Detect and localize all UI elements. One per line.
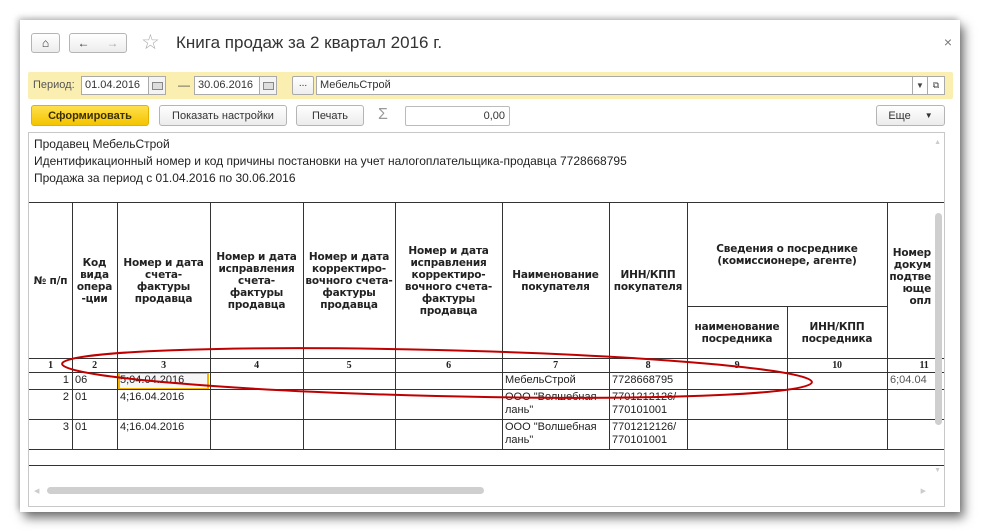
column-header-11: Номер докум подтве юще опл (887, 203, 933, 358)
column-header-1: № п/п (29, 203, 72, 358)
seller-line: Продавец МебельСтрой (34, 137, 170, 151)
column-header-intermediary: Сведения о посреднике (комиссионере, аге… (687, 203, 887, 306)
period-bar: Период: 01.04.2016 — 30.06.2016 ... Мебе… (28, 72, 953, 99)
column-header-6: Номер и дата исправления корректиро-вочн… (395, 203, 502, 358)
scroll-left-icon[interactable]: ◀ (34, 487, 39, 495)
scroll-up-icon[interactable]: ▲ (934, 139, 941, 146)
open-window-icon: ⧉ (933, 80, 939, 90)
show-settings-button[interactable]: Показать настройки (159, 105, 287, 126)
home-icon: ⌂ (42, 36, 49, 50)
inn-line: Идентификационный номер и код причины по… (34, 154, 627, 168)
calendar-icon (263, 82, 274, 90)
column-number-5: 5 (303, 359, 395, 372)
operation-code: 06 (72, 373, 117, 389)
arrow-left-icon: ← (69, 36, 98, 50)
column-header-2: Код вида опера -ции (72, 203, 117, 358)
sum-field: 0,00 (405, 106, 510, 126)
organization-open-button[interactable]: ⧉ (928, 76, 945, 95)
forward-button[interactable]: → (98, 36, 127, 50)
arrow-right-icon: → (98, 36, 127, 50)
date-to-field[interactable]: 30.06.2016 (194, 76, 260, 95)
date-from-field[interactable]: 01.04.2016 (81, 76, 149, 95)
row-number: 3 (29, 420, 72, 449)
scroll-down-icon[interactable]: ▼ (934, 467, 941, 474)
column-number-3: 3 (117, 359, 210, 372)
column-number-1: 1 (29, 359, 72, 372)
period-dash: — (178, 78, 190, 92)
period-label: Период: (33, 79, 75, 91)
buyer-name: ООО "Волшебная лань" (502, 390, 609, 419)
print-button[interactable]: Печать (296, 105, 364, 126)
grid-line (29, 449, 945, 450)
sigma-icon: Σ (378, 106, 388, 124)
title-bar: ⌂ ← → ☆ Книга продаж за 2 квартал 2016 г… (20, 20, 960, 68)
toolbar: Сформировать Показать настройки Печать Σ… (20, 104, 960, 128)
chevron-down-icon: ▼ (925, 111, 933, 120)
column-number-4: 4 (210, 359, 303, 372)
row-number: 1 (29, 373, 72, 389)
choose-period-button[interactable]: ... (292, 76, 314, 95)
column-header-7: Наименование покупателя (502, 203, 609, 358)
column-header-5: Номер и дата корректиро-вочного счета-фа… (303, 203, 395, 358)
scroll-right-icon[interactable]: ▶ (921, 487, 926, 495)
organization-field[interactable]: МебельСтрой (316, 76, 913, 95)
calendar-to-button[interactable] (260, 76, 277, 95)
buyer-inn: 7728668795 (609, 373, 687, 389)
grid-line (29, 465, 945, 466)
history-nav: ← → (69, 33, 127, 53)
column-header-4: Номер и дата исправления счета-фактуры п… (210, 203, 303, 358)
column-number-7: 7 (502, 359, 609, 372)
column-number-8: 8 (609, 359, 687, 372)
column-header-10: ИНН/КПП посредника (787, 307, 887, 358)
organization-dropdown-button[interactable]: ▼ (913, 76, 928, 95)
report-window: ⌂ ← → ☆ Книга продаж за 2 квартал 2016 г… (20, 20, 960, 512)
invoice-cell[interactable]: 5;04.04.2016 (117, 373, 210, 389)
buyer-inn: 7701212126/ 770101001 (609, 390, 687, 419)
row-number: 2 (29, 390, 72, 419)
calendar-from-button[interactable] (149, 76, 166, 95)
more-label: Еще (888, 110, 910, 122)
invoice-cell[interactable]: 4;16.04.2016 (117, 420, 210, 449)
calendar-icon (152, 82, 163, 90)
period-line: Продажа за период с 01.04.2016 по 30.06.… (34, 171, 296, 185)
buyer-name: ООО "Волшебная лань" (502, 420, 609, 449)
report-document[interactable]: Продавец МебельСтрой Идентификационный н… (28, 132, 945, 507)
operation-code: 01 (72, 420, 117, 449)
column-number-9: 9 (687, 359, 787, 372)
close-icon[interactable]: × (944, 34, 952, 50)
column-header-9: наименование посредника (687, 307, 787, 358)
column-header-8: ИНН/КПП покупателя (609, 203, 687, 358)
invoice-cell[interactable]: 4;16.04.2016 (117, 390, 210, 419)
home-button[interactable]: ⌂ (31, 33, 60, 53)
operation-code: 01 (72, 390, 117, 419)
buyer-name: МебельСтрой (502, 373, 609, 389)
horizontal-scrollbar[interactable] (47, 487, 484, 494)
buyer-inn: 7701212126/ 770101001 (609, 420, 687, 449)
column-header-3: Номер и дата счета-фактуры продавца (117, 203, 210, 358)
star-icon[interactable]: ☆ (141, 30, 160, 55)
more-button[interactable]: Еще ▼ (876, 105, 945, 126)
generate-button[interactable]: Сформировать (31, 105, 149, 126)
page-title: Книга продаж за 2 квартал 2016 г. (176, 33, 442, 53)
column-number-10: 10 (787, 359, 887, 372)
chevron-down-icon: ▼ (916, 81, 924, 90)
column-number-2: 2 (72, 359, 117, 372)
vertical-scrollbar[interactable] (935, 213, 942, 425)
column-number-6: 6 (395, 359, 502, 372)
back-button[interactable]: ← (69, 36, 98, 50)
